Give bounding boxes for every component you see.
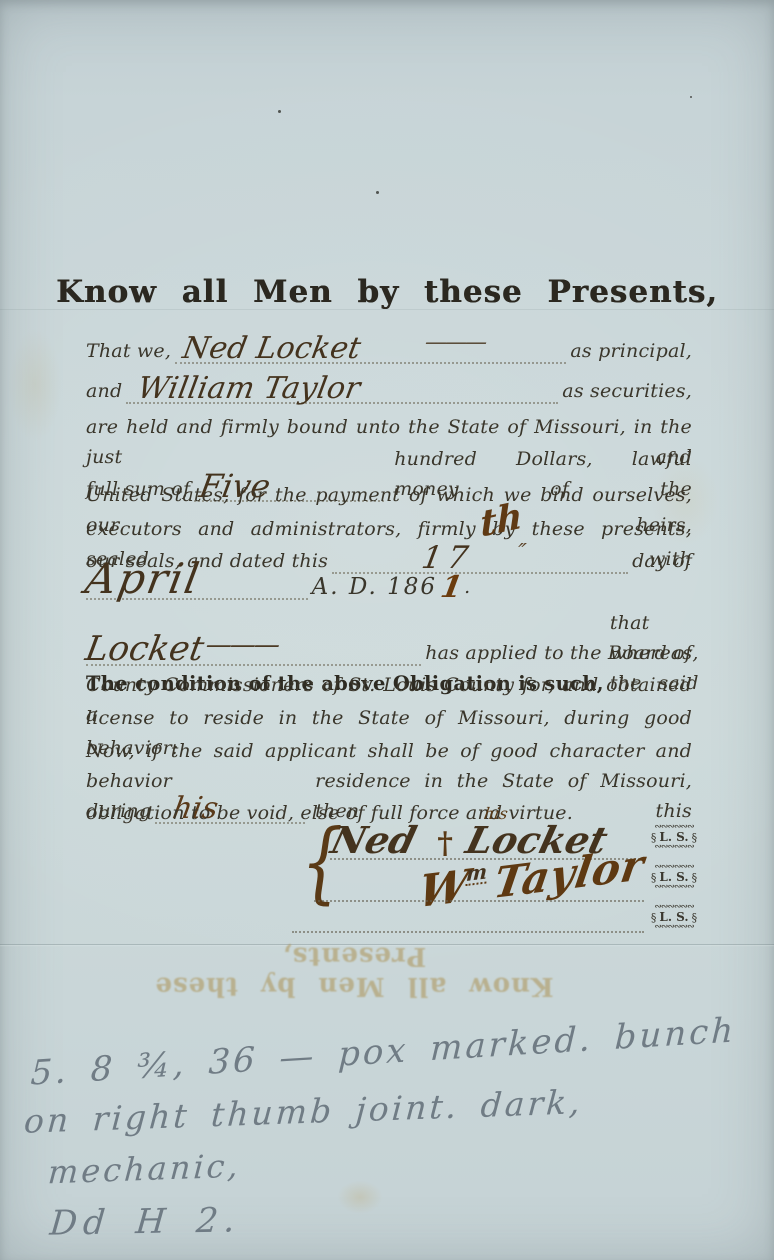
printed-text: A. D. 186 — [312, 572, 437, 603]
printed-text: . — [464, 572, 470, 603]
form-line-principal: That we, Ned Locket ——— as principal, — [86, 336, 692, 367]
pencil-note-description: 5. 8 ¾, 36 — pox marked. bunch — [30, 1010, 737, 1093]
printed-text: That we, — [86, 336, 171, 367]
handwritten-th-overlay: th — [480, 497, 523, 542]
paper-speck — [376, 191, 379, 194]
signature-line-2 — [314, 900, 644, 902]
handwritten-month: April — [82, 558, 204, 600]
printed-text: as securities, — [562, 376, 692, 407]
printed-text: as principal, — [570, 336, 692, 367]
signature-initial: W — [415, 864, 471, 915]
seal-ornament: ∾∾∾∾∾∾ — [644, 844, 704, 851]
handwritten-flourish: ——— — [204, 632, 281, 658]
scanned-paper: Know all Men by these Presents, That we,… — [0, 0, 774, 1260]
fill-in-day: 17 ″ — [332, 546, 628, 574]
handwritten-applicant-name: Locket — [83, 632, 207, 666]
handwritten-flourish: ——— — [423, 332, 487, 354]
pencil-note-description-2: on right thumb joint. dark, — [23, 1082, 584, 1141]
pencil-note-occupation: mechanic, — [47, 1147, 242, 1192]
form-line-month-year: April A. D. 186 1 . — [86, 572, 692, 603]
document-title: Know all Men by these Presents, — [0, 274, 774, 310]
form-line-security: and William Taylor as securities, — [86, 376, 692, 407]
seal-ls-1: ∾∾∾∾∾∾ §L. S.§ ∾∾∾∾∾∾ — [644, 824, 704, 851]
signature-first-name: Ned — [327, 822, 419, 859]
fill-in-applicant: Locket ——— — [86, 638, 421, 666]
fill-in-month: April — [86, 572, 308, 600]
printed-text: and — [86, 376, 122, 407]
seal-ornament: ∾∾∾∾∾∾ — [644, 924, 704, 931]
seal-ornament: ∾∾∾∾∾∾ — [644, 884, 704, 891]
signature-superscript: m — [466, 861, 488, 886]
paper-stain — [330, 1175, 390, 1219]
paper-stain — [0, 310, 70, 460]
printed-text: has applied to the Board of — [425, 638, 692, 669]
bleedthrough-title: Know all Men by these Presents, — [96, 941, 612, 1001]
form-line-applicant: Locket ——— has applied to the Board of — [86, 638, 692, 669]
handwritten-ditto-mark: ″ — [515, 542, 527, 564]
handwritten-year-digit: 1 — [438, 573, 464, 603]
signature-line-3 — [292, 931, 644, 933]
seal-ls-2: ∾∾∾∾∾∾ §L. S.§ ∾∾∾∾∾∾ — [644, 864, 704, 891]
fill-in-principal-name: Ned Locket ——— — [175, 336, 566, 364]
handwritten-security-name: William Taylor — [136, 374, 363, 404]
fill-in-security-name: William Taylor — [126, 376, 558, 404]
paper-speck — [278, 110, 281, 113]
his-mark-cross: † — [437, 826, 453, 861]
pencil-note-reference: Dd H 2. — [48, 1200, 242, 1243]
handwritten-principal-name: Ned Locket — [180, 334, 363, 364]
seal-ls-3: ∾∾∾∾∾∾ §L. S.§ ∾∾∾∾∾∾ — [644, 904, 704, 931]
paper-speck — [690, 96, 692, 98]
